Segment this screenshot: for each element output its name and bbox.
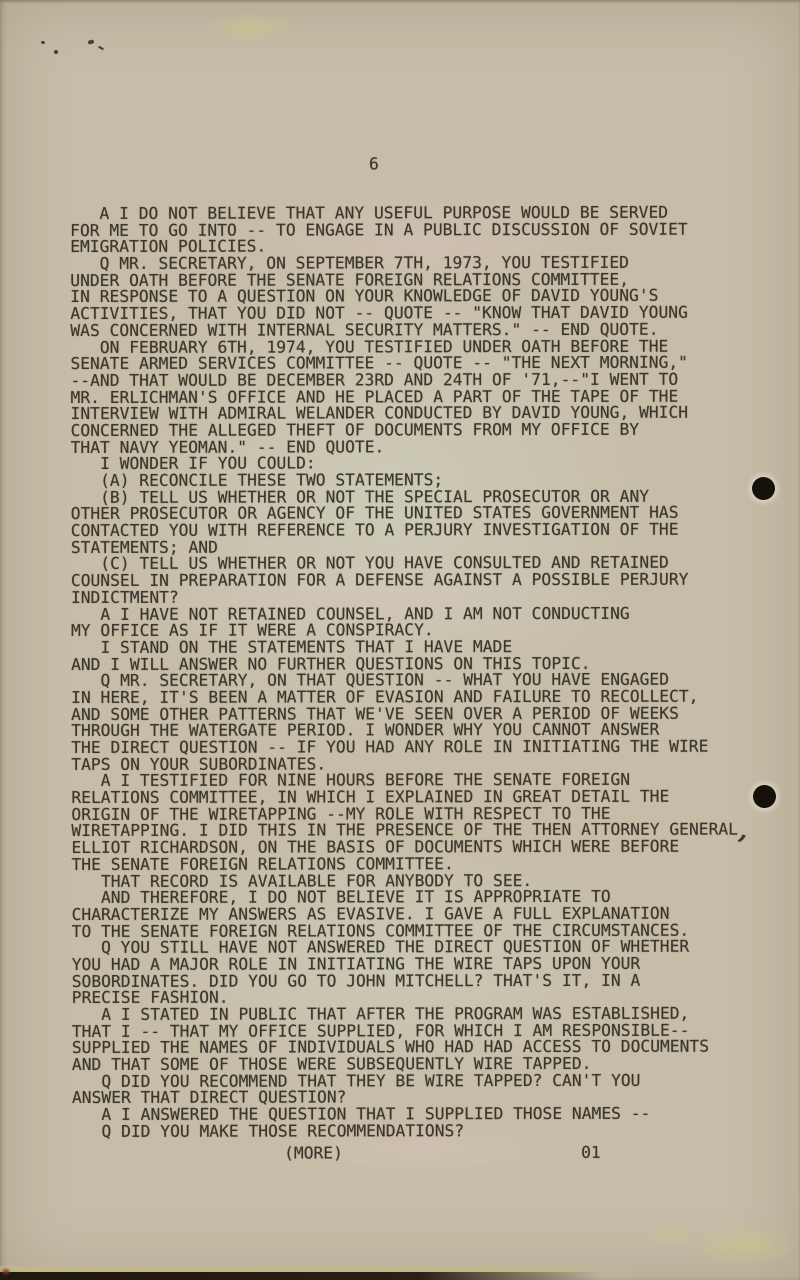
footer-page-code: 01 — [581, 1145, 601, 1162]
hole-punch-top-icon — [752, 477, 775, 500]
footer-line: (MORE) 01 — [72, 1145, 772, 1163]
pen-speck-2 — [54, 50, 58, 54]
bottom-scan-edge-shadow — [0, 1272, 600, 1280]
handwritten-comma-annotation: , — [738, 822, 749, 840]
yellow-patch-bottom-right-2 — [640, 1222, 700, 1248]
pen-speck-3 — [88, 39, 95, 44]
bottom-edge-yellow-line — [0, 1266, 650, 1274]
yellow-patch-bottom-right — [684, 1222, 800, 1268]
yellow-patch-top-right — [198, 12, 302, 44]
bottom-left-red-mark — [0, 1267, 12, 1276]
more-continuation-label: (MORE) — [284, 1145, 343, 1162]
page-number: 6 — [369, 156, 379, 173]
pen-speck-4 — [98, 46, 104, 51]
hole-punch-bottom-icon — [753, 785, 776, 808]
typewritten-text-layer: 6 A I DO NOT BELIEVE THAT ANY USEFUL PUR… — [70, 154, 770, 155]
scanned-transcript-page: 6 A I DO NOT BELIEVE THAT ANY USEFUL PUR… — [0, 0, 800, 1280]
transcript-body-text: A I DO NOT BELIEVE THAT ANY USEFUL PURPO… — [70, 205, 739, 1141]
pen-speck-1 — [41, 40, 46, 44]
